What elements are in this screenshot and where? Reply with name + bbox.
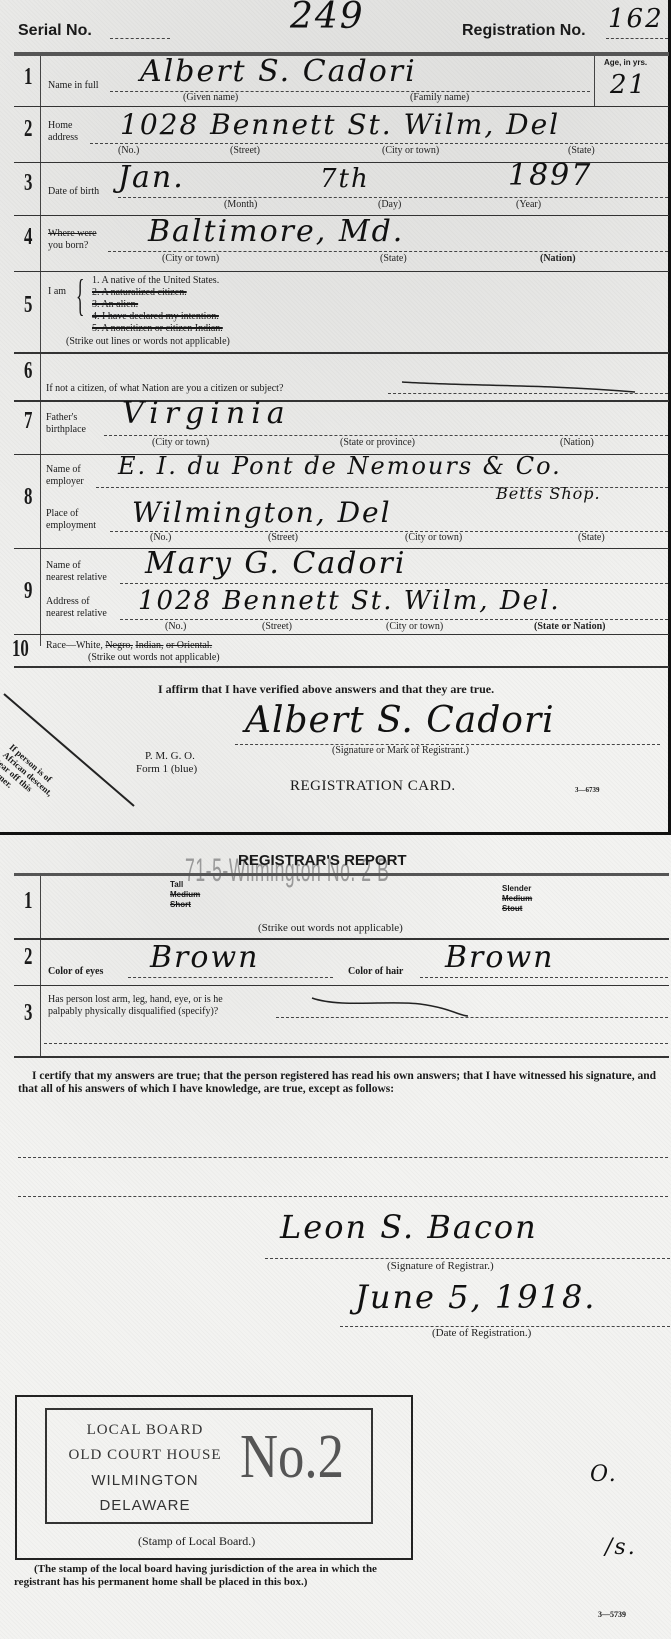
- caption-no: (No.): [150, 532, 171, 543]
- caption-state: (State): [568, 145, 595, 156]
- divider: [14, 666, 669, 668]
- father-line: [104, 435, 668, 436]
- form-id-1: P. M. G. O.: [145, 750, 195, 762]
- report-row-number-2: 2: [24, 944, 32, 971]
- report-row-number-3: 3: [24, 1000, 32, 1027]
- build-medium: Medium: [502, 894, 532, 904]
- report-strike-note: (Strike out words not applicable): [258, 922, 403, 934]
- row-number-8: 8: [24, 484, 32, 511]
- serial-value: 249: [290, 0, 365, 37]
- dob-label: Date of birth: [48, 186, 99, 197]
- row-number-6: 6: [24, 358, 32, 385]
- dob-month: Jan.: [118, 160, 185, 195]
- card-title: REGISTRATION CARD.: [290, 778, 456, 795]
- option-5: 5. A noncitizen or citizen Indian.: [92, 323, 223, 334]
- divider: [14, 106, 669, 107]
- row-number-10: 10: [12, 636, 29, 663]
- caption-nation: (Nation): [540, 253, 576, 264]
- eye-color-value: Brown: [150, 940, 259, 975]
- row-number-3: 3: [24, 170, 32, 197]
- disqualified-label-1: Has person lost arm, leg, hand, eye, or …: [48, 994, 223, 1005]
- given-name-caption: (Given name): [183, 92, 238, 103]
- place-label-2: employment: [46, 520, 96, 531]
- registration-date: June 5, 1918.: [355, 1278, 596, 1316]
- certification-text: I certify that my answers are true; that…: [18, 1070, 670, 1096]
- registration-value: 162: [608, 4, 664, 34]
- employer-label-1: Name of: [46, 464, 81, 475]
- family-name-caption: (Family name): [410, 92, 469, 103]
- dash-mark-icon: [310, 994, 470, 1020]
- affirm-text: I affirm that I have verified above answ…: [158, 682, 494, 697]
- row-number-7: 7: [24, 408, 32, 435]
- stamp-line-4: DELAWARE: [55, 1493, 235, 1518]
- row-number-1: 1: [24, 64, 32, 91]
- dash-mark-icon: [400, 376, 640, 396]
- strike-note: (Strike out lines or words not applicabl…: [66, 336, 230, 347]
- caption-city: (City or town): [386, 621, 443, 632]
- address-line: [90, 143, 668, 144]
- relative-line: [120, 583, 668, 584]
- row-number-2: 2: [24, 116, 32, 143]
- caption-state: (State or province): [340, 437, 415, 448]
- employer-value: E. I. du Pont de Nemours & Co.: [118, 452, 562, 480]
- hair-color-value: Brown: [445, 940, 554, 975]
- employer-department: Betts Shop.: [496, 484, 601, 503]
- age-value: 21: [610, 70, 647, 100]
- caption-city: (City or town): [382, 145, 439, 156]
- caption-street: (Street): [230, 145, 260, 156]
- name-line: [110, 91, 590, 92]
- race-struck-2: Indian,: [135, 640, 163, 651]
- divider: [14, 873, 669, 876]
- caption-month: (Month): [224, 199, 257, 210]
- exception-line-2: [18, 1196, 668, 1197]
- caption-no: (No.): [118, 145, 139, 156]
- hair-label: Color of hair: [348, 966, 403, 977]
- divider: [14, 938, 669, 940]
- build-options: Slender Medium Stout: [502, 884, 532, 914]
- caption-city: (City or town): [162, 253, 219, 264]
- home-address-value: 1028 Bennett St. Wilm, Del: [120, 108, 560, 141]
- margin-mark-2: /s.: [605, 1535, 637, 1560]
- height-tall: Tall: [170, 880, 200, 890]
- birthplace-line: [108, 251, 668, 252]
- margin-mark-1: O.: [590, 1462, 618, 1487]
- report-row-number-1: 1: [24, 888, 32, 915]
- dob-line: [118, 197, 668, 198]
- registrar-signature-caption: (Signature of Registrar.): [387, 1260, 494, 1272]
- race-struck-3: or Oriental.: [166, 640, 212, 651]
- option-3: 3. An alien.: [92, 299, 138, 310]
- exception-line-1: [18, 1157, 668, 1158]
- name-value: Albert S. Cadori: [140, 54, 417, 89]
- home-label-2: address: [48, 132, 78, 143]
- stamp-instruction: (The stamp of the local board having jur…: [14, 1563, 414, 1589]
- caption-state: (State): [578, 532, 605, 543]
- divider: [14, 352, 669, 354]
- age-divider: [594, 56, 595, 106]
- row-number-9: 9: [24, 578, 32, 605]
- dob-day: 7th: [320, 164, 370, 194]
- stamp-line-1: LOCAL BOARD: [55, 1418, 235, 1443]
- race-struck-1: Negro,: [105, 640, 133, 651]
- option-4: 4. I have declared my intention.: [92, 311, 219, 322]
- caption-street: (Street): [262, 621, 292, 632]
- employer-label-2: employer: [46, 476, 84, 487]
- stamp-caption: (Stamp of Local Board.): [138, 1534, 255, 1549]
- height-short: Short: [170, 900, 200, 910]
- divider: [14, 400, 669, 402]
- divider: [14, 985, 669, 986]
- name-label: Name in full: [48, 80, 99, 91]
- report-code: 3—5739: [598, 1610, 626, 1619]
- nearest-relative-value: Mary G. Cadori: [145, 546, 406, 581]
- caption-state: (State): [380, 253, 407, 264]
- row-number-5: 5: [24, 292, 32, 319]
- stamp-line-3: WILMINGTON: [55, 1468, 235, 1493]
- option-1: 1. A native of the United States.: [92, 275, 219, 286]
- height-options: Tall Medium Short: [170, 880, 200, 910]
- number-column-line: [40, 56, 41, 646]
- hair-line: [420, 977, 668, 978]
- relative-label-2: nearest relative: [46, 572, 107, 583]
- registrar-signature-line: [265, 1258, 670, 1259]
- birthplace-label-1: Where were: [48, 228, 97, 239]
- dob-year: 1897: [508, 158, 592, 193]
- race-white: Race—White,: [46, 640, 103, 651]
- stamp-line-2: OLD COURT HOUSE: [55, 1443, 235, 1468]
- birthplace-value: Baltimore, Md.: [148, 214, 404, 249]
- caption-no: (No.): [165, 621, 186, 632]
- birthplace-label-2: you born?: [48, 240, 88, 251]
- eyes-line: [128, 977, 333, 978]
- row-number-4: 4: [24, 224, 32, 251]
- race-note: (Strike out words not applicable): [88, 652, 220, 663]
- relative-address-label-2: nearest relative: [46, 608, 107, 619]
- eyes-label: Color of eyes: [48, 966, 103, 977]
- build-slender: Slender: [502, 884, 532, 894]
- stamp-text: LOCAL BOARD OLD COURT HOUSE WILMINGTON D…: [55, 1418, 235, 1518]
- caption-city: (City or town): [152, 437, 209, 448]
- number-column-line: [40, 876, 41, 1056]
- divider: [14, 1056, 669, 1058]
- caption-state-nation: (State or Nation): [534, 621, 605, 632]
- registration-label: Registration No.: [462, 22, 586, 40]
- nation-question: If not a citizen, of what Nation are you…: [46, 383, 283, 394]
- divider: [14, 634, 669, 635]
- father-label-1: Father's: [46, 412, 77, 423]
- relative-label-1: Name of: [46, 560, 81, 571]
- build-stout: Stout: [502, 904, 532, 914]
- age-label: Age, in yrs.: [604, 58, 647, 67]
- disqualified-label-2: palpably physically disqualified (specif…: [48, 1006, 218, 1017]
- registrant-signature: Albert S. Cadori: [245, 700, 555, 741]
- height-medium: Medium: [170, 890, 200, 900]
- report-title: REGISTRAR'S REPORT: [238, 852, 407, 869]
- card-code: 3—6739: [575, 786, 600, 794]
- relative-address-value: 1028 Bennett St. Wilm, Del.: [138, 586, 561, 616]
- relative-address-label-1: Address of: [46, 596, 90, 607]
- caption-nation: (Nation): [560, 437, 594, 448]
- race-label: Race—White, Negro, Indian, or Oriental.: [46, 640, 212, 651]
- serial-label: Serial No.: [18, 22, 92, 40]
- relative-address-line: [120, 619, 668, 620]
- caption-street: (Street): [268, 532, 298, 543]
- registration-dots: [606, 38, 668, 39]
- board-number: No.2: [240, 1426, 344, 1488]
- registration-date-caption: (Date of Registration.): [432, 1327, 531, 1339]
- father-label-2: birthplace: [46, 424, 86, 435]
- signature-caption: (Signature or Mark of Registrant.): [332, 745, 469, 756]
- place-label-1: Place of: [46, 508, 79, 519]
- serial-dots: [110, 38, 170, 39]
- caption-year: (Year): [516, 199, 541, 210]
- brace: {: [76, 274, 84, 318]
- disqualified-line-2: [44, 1043, 668, 1044]
- form-id-2: Form 1 (blue): [136, 763, 197, 775]
- registrar-signature: Leon S. Bacon: [280, 1208, 538, 1246]
- option-2: 2. A naturalized citizen.: [92, 287, 187, 298]
- i-am-label: I am: [48, 286, 66, 297]
- caption-city: (City or town): [405, 532, 462, 543]
- place-of-employment-value: Wilmington, Del: [132, 496, 392, 529]
- father-birthplace-value: Virginia: [122, 396, 291, 431]
- caption-day: (Day): [378, 199, 401, 210]
- home-label-1: Home: [48, 120, 72, 131]
- divider: [14, 271, 669, 272]
